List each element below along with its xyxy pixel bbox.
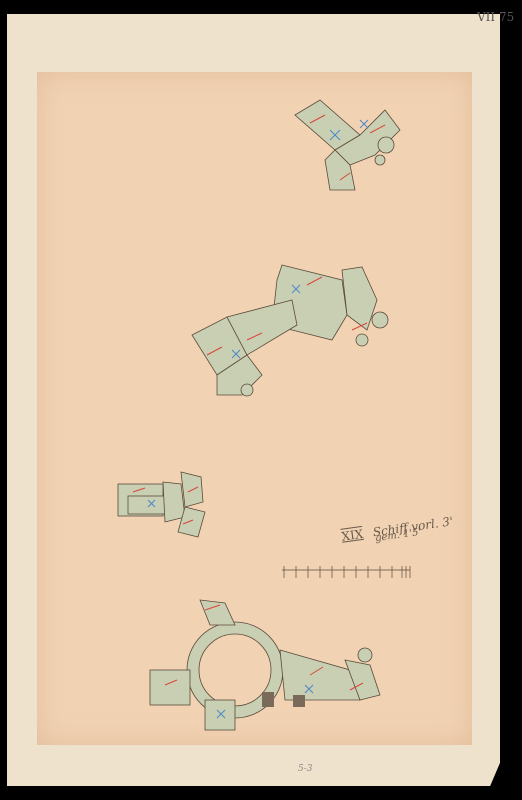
scale-bar [280, 562, 415, 582]
plate-number: XIX [341, 527, 365, 544]
floor-plan-1 [290, 95, 410, 190]
floor-plan-3 [113, 462, 213, 542]
footer-mark: 5-3 [298, 764, 313, 774]
catalog-number: VII 75 [477, 10, 514, 24]
floor-plan-4 [145, 595, 385, 745]
floor-plan-2 [172, 255, 392, 405]
